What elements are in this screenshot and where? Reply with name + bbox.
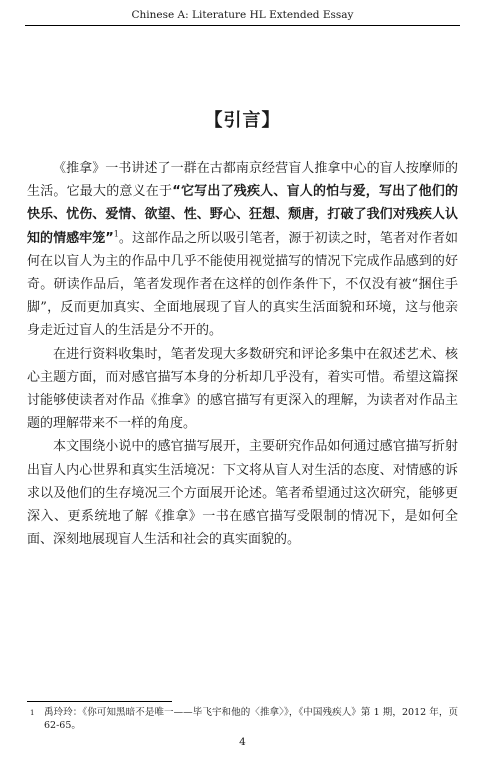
text-run: 本文围绕小说中的感官描写展开，主要研究作品如何通过感官描写折射出盲人内心世界和真… bbox=[27, 439, 458, 547]
paragraph: 本文围绕小说中的感官描写展开，主要研究作品如何通过感官描写折射出盲人内心世界和真… bbox=[27, 435, 458, 551]
document-page: Chinese A: Literature HL Extended Essay … bbox=[0, 0, 485, 768]
footnote-separator bbox=[27, 701, 172, 702]
footnote: 1 禹玲玲：《你可知黑暗不是唯一——毕飞宇和他的〈推拿〉》，《中国残疾人》第 1… bbox=[30, 706, 458, 732]
footnote-marker: 1 bbox=[30, 706, 44, 732]
body-text: 《推拿》一书讲述了一群在古都南京经营盲人推拿中心的盲人按摩师的生活。它最大的意义… bbox=[27, 157, 458, 551]
footnote-text: 禹玲玲：《你可知黑暗不是唯一——毕飞宇和他的〈推拿〉》，《中国残疾人》第 1 期… bbox=[44, 706, 458, 732]
section-title: 【引言】 bbox=[0, 106, 485, 132]
page-footer: 1 禹玲玲：《你可知黑暗不是唯一——毕飞宇和他的〈推拿〉》，《中国残疾人》第 1… bbox=[0, 701, 485, 748]
text-run: 在进行资料收集时，笔者发现大多数研究和评论多集中在叙述艺术、核心主题方面，而对感… bbox=[27, 347, 458, 432]
text-run: 。这部作品之所以吸引笔者，源于初读之时，笔者对作者如何在以盲人为主的作品中几乎不… bbox=[27, 231, 458, 339]
paragraph: 《推拿》一书讲述了一群在古都南京经营盲人推拿中心的盲人按摩师的生活。它最大的意义… bbox=[27, 157, 458, 343]
page-number: 4 bbox=[0, 736, 485, 748]
running-header: Chinese A: Literature HL Extended Essay bbox=[25, 0, 460, 26]
paragraph: 在进行资料收集时，笔者发现大多数研究和评论多集中在叙述艺术、核心主题方面，而对感… bbox=[27, 343, 458, 436]
